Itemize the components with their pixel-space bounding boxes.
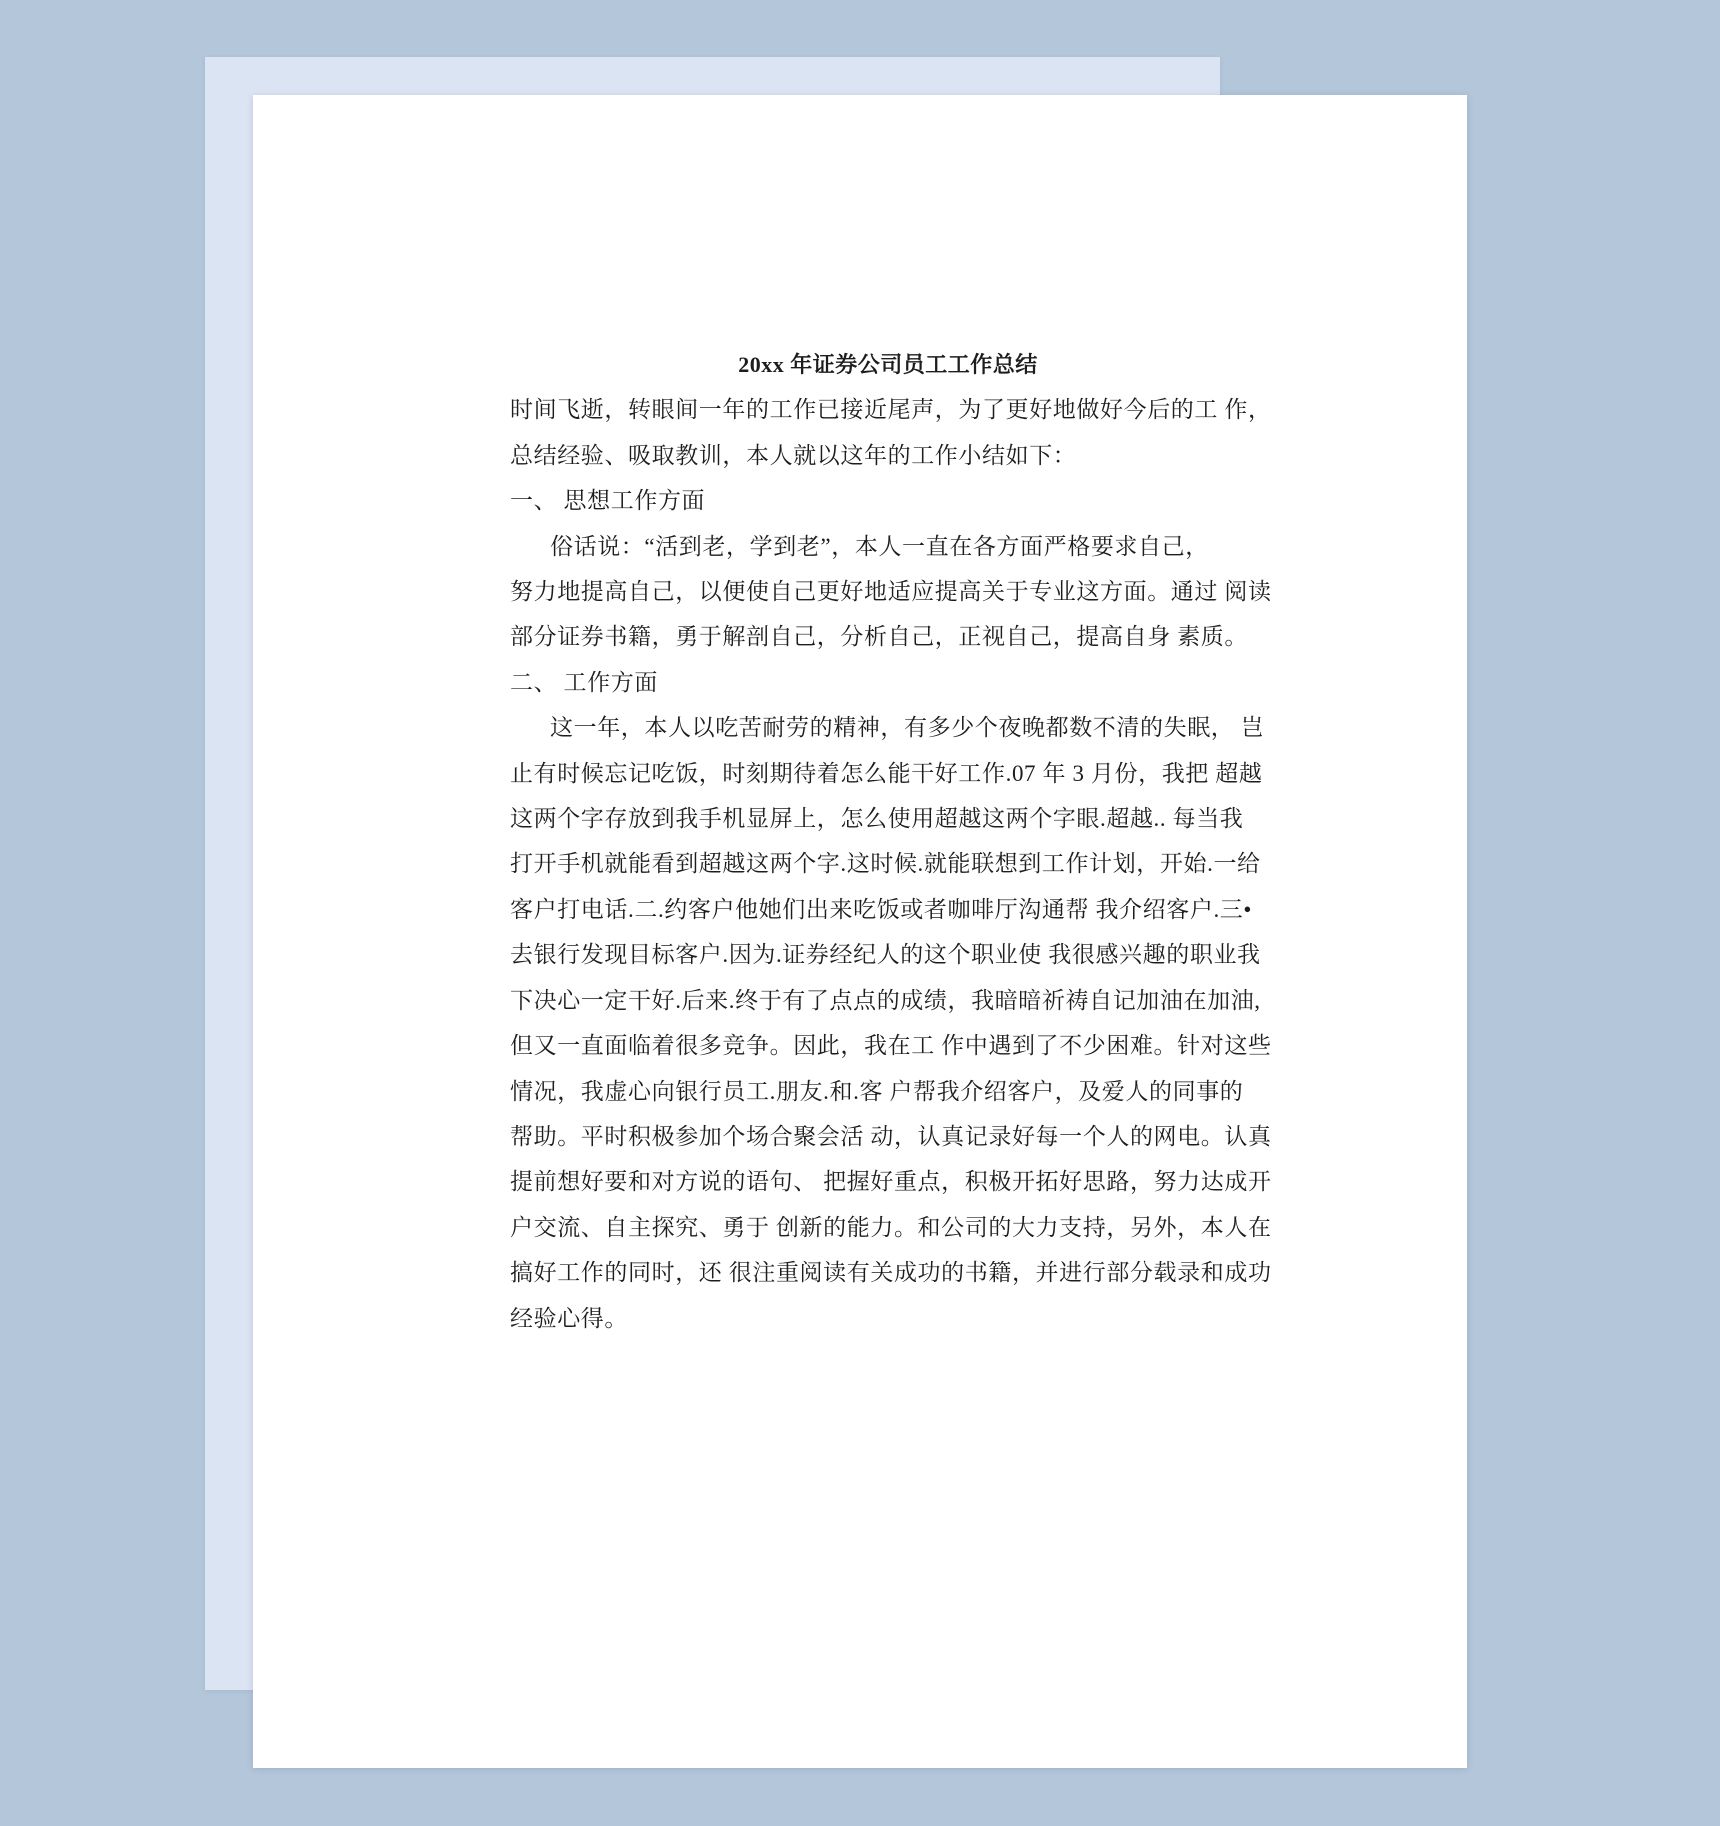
section-heading: 二、 工作方面 (510, 660, 1266, 705)
text-line: 时间飞逝，转眼间一年的工作已接近尾声，为了更好地做好今后的工 作， (510, 387, 1266, 432)
section-heading: 一、 思想工作方面 (510, 478, 1266, 523)
text-line: 部分证券书籍，勇于解剖自己，分析自己，正视自己，提高自身 素质。 (510, 614, 1266, 659)
text-line: 努力地提高自己，以便使自己更好地适应提高关于专业这方面。通过 阅读 (510, 569, 1266, 614)
text-line: 经验心得。 (510, 1296, 1266, 1341)
text-line: 总结经验、吸取教训，本人就以这年的工作小结如下： (510, 433, 1266, 478)
text-line: 止有时候忘记吃饭，时刻期待着怎么能干好工作.07 年 3 月份，我把 超越 (510, 751, 1266, 796)
text-line: 帮助。平时积极参加个场合聚会活 动，认真记录好每一个人的网电。认真 (510, 1114, 1266, 1159)
text-line: 提前想好要和对方说的语句、 把握好重点，积极开拓好思路，努力达成开 (510, 1159, 1266, 1204)
text-line: 搞好工作的同时，还 很注重阅读有关成功的书籍，并进行部分载录和成功 (510, 1250, 1266, 1295)
text-line: 打开手机就能看到超越这两个字.这时候.就能联想到工作计划，开始.一给 (510, 841, 1266, 886)
document-body: 时间飞逝，转眼间一年的工作已接近尾声，为了更好地做好今后的工 作，总结经验、吸取… (510, 387, 1266, 1341)
document-title: 20xx 年证券公司员工工作总结 (510, 342, 1266, 387)
document-content: 20xx 年证券公司员工工作总结 时间飞逝，转眼间一年的工作已接近尾声，为了更好… (253, 95, 1266, 1341)
text-line: 俗话说：“活到老，学到老”，本人一直在各方面严格要求自己， (510, 524, 1266, 569)
text-line: 这一年，本人以吃苦耐劳的精神，有多少个夜晚都数不清的失眠， 岂 (510, 705, 1266, 750)
text-line: 下决心一定干好.后来.终于有了点点的成绩，我暗暗祈祷自记加油在加油, (510, 978, 1266, 1023)
text-line: 情况，我虚心向银行员工.朋友.和.客 户帮我介绍客户，及爱人的同事的 (510, 1069, 1266, 1114)
text-line: 客户打电话.二.约客户他她们出来吃饭或者咖啡厅沟通帮 我介绍客户.三• (510, 887, 1266, 932)
text-line: 这两个字存放到我手机显屏上，怎么使用超越这两个字眼.超越.. 每当我 (510, 796, 1266, 841)
text-line: 户交流、自主探究、勇于 创新的能力。和公司的大力支持，另外，本人在 (510, 1205, 1266, 1250)
document-page: 20xx 年证券公司员工工作总结 时间飞逝，转眼间一年的工作已接近尾声，为了更好… (253, 95, 1467, 1768)
text-line: 但又一直面临着很多竞争。因此，我在工 作中遇到了不少困难。针对这些 (510, 1023, 1266, 1068)
text-line: 去银行发现目标客户.因为.证券经纪人的这个职业使 我很感兴趣的职业我 (510, 932, 1266, 977)
